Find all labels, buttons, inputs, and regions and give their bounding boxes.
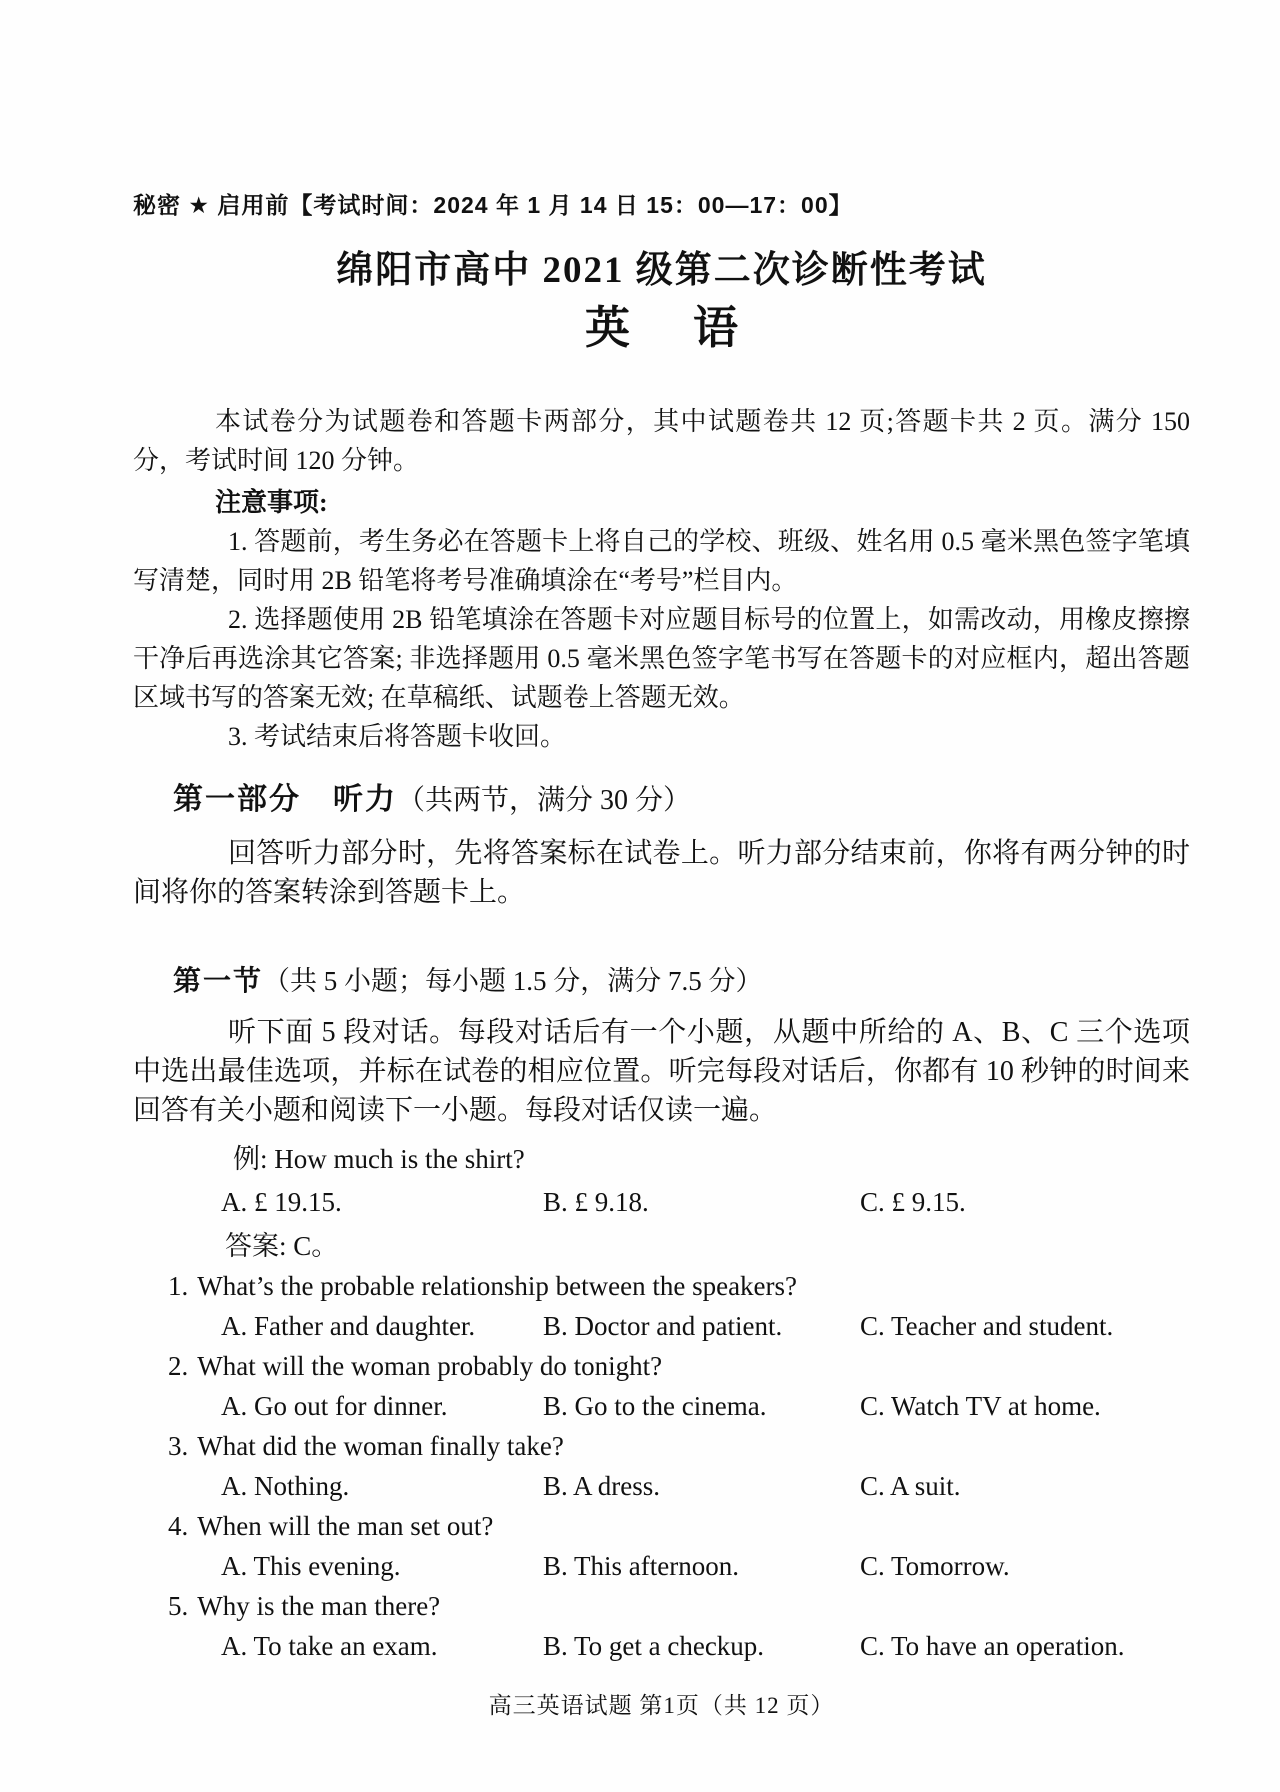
question-5-text: 5.Why is the man there? — [168, 1586, 1190, 1626]
example-option-b: B. £ 9.18. — [543, 1183, 860, 1222]
question-5-options: A. To take an exam. B. To get a checkup.… — [133, 1626, 1190, 1666]
example-option-a: A. £ 19.15. — [221, 1183, 543, 1222]
note-item-2: 2. 选择题使用 2B 铅笔填涂在答题卡对应题目标号的位置上，如需改动，用橡皮擦… — [133, 600, 1190, 717]
question-1-option-c: C. Teacher and student. — [860, 1306, 1190, 1346]
question-5: 5.Why is the man there? A. To take an ex… — [133, 1586, 1190, 1666]
part1-heading-detail: （共两节，满分 30 分） — [397, 785, 691, 816]
question-4-option-c: C. Tomorrow. — [860, 1546, 1190, 1586]
question-4-stem: When will the man set out? — [197, 1511, 493, 1541]
question-2-options: A. Go out for dinner. B. Go to the cinem… — [133, 1386, 1190, 1426]
question-1-stem: What’s the probable relationship between… — [197, 1271, 797, 1301]
note-item-1: 1. 答题前，考生务必在答题卡上将自己的学校、班级、姓名用 0.5 毫米黑色签字… — [133, 522, 1190, 600]
question-4-options: A. This evening. B. This afternoon. C. T… — [133, 1546, 1190, 1586]
question-3-option-b: B. A dress. — [543, 1466, 860, 1506]
example-option-c: C. £ 9.15. — [860, 1183, 1190, 1222]
example-options-row: A. £ 19.15. B. £ 9.18. C. £ 9.15. — [133, 1183, 1190, 1222]
question-3-number: 3. — [168, 1431, 188, 1461]
question-2-text: 2.What will the woman probably do tonigh… — [168, 1346, 1190, 1386]
question-1-options: A. Father and daughter. B. Doctor and pa… — [133, 1306, 1190, 1346]
section1-instructions: 听下面 5 段对话。每段对话后有一个小题，从题中所给的 A、B、C 三个选项中选… — [133, 1013, 1190, 1130]
question-4-text: 4.When will the man set out? — [168, 1506, 1190, 1546]
section1-heading: 第一节（共 5 小题；每小题 1.5 分，满分 7.5 分） — [173, 960, 1190, 1007]
question-1-number: 1. — [168, 1271, 188, 1301]
question-5-option-c: C. To have an operation. — [860, 1626, 1190, 1666]
part1-heading-title: 第一部分 听力 — [173, 783, 397, 816]
note-item-3: 3. 考试结束后将答题卡收回。 — [133, 717, 1190, 756]
question-3: 3.What did the woman finally take? A. No… — [133, 1426, 1190, 1506]
question-4-option-a: A. This evening. — [221, 1546, 543, 1586]
question-2-option-a: A. Go out for dinner. — [221, 1386, 543, 1426]
question-4: 4.When will the man set out? A. This eve… — [133, 1506, 1190, 1586]
page-content: 秘密 ★ 启用前【考试时间：2024 年 1 月 14 日 15：00—17：0… — [133, 190, 1190, 1722]
question-2-option-b: B. Go to the cinema. — [543, 1386, 860, 1426]
question-5-option-a: A. To take an exam. — [221, 1626, 543, 1666]
secrecy-exam-time-notice: 秘密 ★ 启用前【考试时间：2024 年 1 月 14 日 15：00—17：0… — [133, 190, 1190, 220]
page-footer: 高三英语试题 第1页（共 12 页） — [133, 1690, 1190, 1722]
question-1-option-a: A. Father and daughter. — [221, 1306, 543, 1346]
question-4-option-b: B. This afternoon. — [543, 1546, 860, 1586]
section1-heading-title: 第一节 — [173, 965, 263, 996]
question-2-number: 2. — [168, 1351, 188, 1381]
question-3-options: A. Nothing. B. A dress. C. A suit. — [133, 1466, 1190, 1506]
example-answer: 答案: C。 — [133, 1227, 1190, 1266]
question-1: 1.What’s the probable relationship betwe… — [133, 1266, 1190, 1346]
question-3-option-c: C. A suit. — [860, 1466, 1190, 1506]
question-5-stem: Why is the man there? — [197, 1591, 440, 1621]
exam-paper-page: 秘密 ★ 启用前【考试时间：2024 年 1 月 14 日 15：00—17：0… — [0, 0, 1280, 1792]
question-3-option-a: A. Nothing. — [221, 1466, 543, 1506]
part1-heading: 第一部分 听力（共两节，满分 30 分） — [173, 778, 1190, 827]
question-1-text: 1.What’s the probable relationship betwe… — [168, 1266, 1190, 1306]
question-4-number: 4. — [168, 1511, 188, 1541]
question-2: 2.What will the woman probably do tonigh… — [133, 1346, 1190, 1426]
exam-description: 本试卷分为试题卷和答题卡两部分，其中试题卷共 12 页;答题卡共 2 页。满分 … — [133, 402, 1190, 480]
notes-title: 注意事项: — [133, 483, 1190, 522]
question-1-option-b: B. Doctor and patient. — [543, 1306, 860, 1346]
question-2-option-c: C. Watch TV at home. — [860, 1386, 1190, 1426]
question-3-text: 3.What did the woman finally take? — [168, 1426, 1190, 1466]
section1-heading-detail: （共 5 小题；每小题 1.5 分，满分 7.5 分） — [263, 966, 763, 996]
part1-instructions: 回答听力部分时，先将答案标在试卷上。听力部分结束前，你将有两分钟的时间将你的答案… — [133, 834, 1190, 912]
subject-title: 英语 — [133, 303, 1190, 353]
question-5-option-b: B. To get a checkup. — [543, 1626, 860, 1666]
listening-questions: 1.What’s the probable relationship betwe… — [133, 1266, 1190, 1666]
question-2-stem: What will the woman probably do tonight? — [197, 1351, 662, 1381]
exam-title: 绵阳市高中 2021 级第二次诊断性考试 — [133, 248, 1190, 294]
question-5-number: 5. — [168, 1591, 188, 1621]
question-3-stem: What did the woman finally take? — [197, 1431, 564, 1461]
example-prompt: 例: How much is the shirt? — [133, 1140, 1190, 1179]
